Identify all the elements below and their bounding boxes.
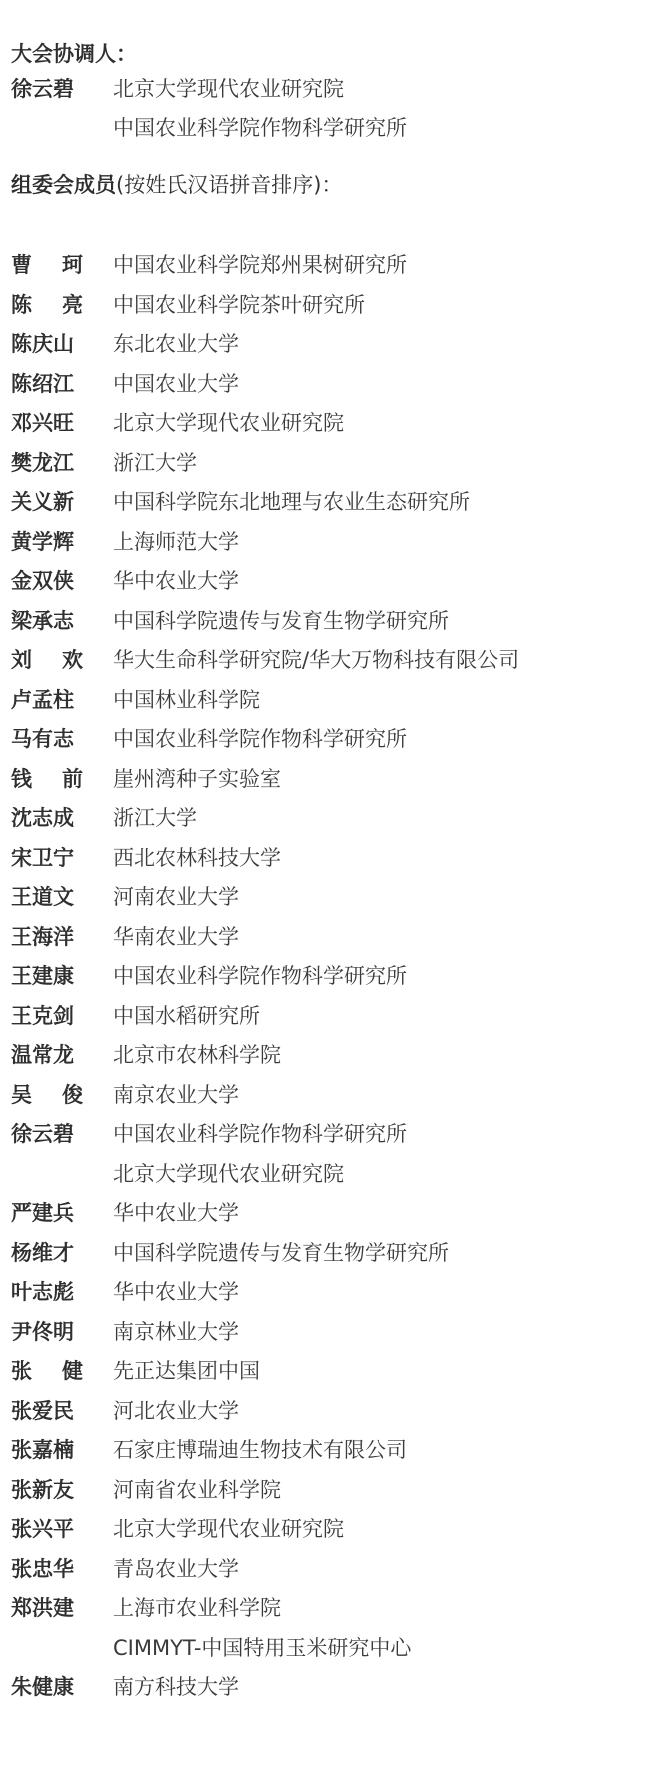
member-name: 张兴平 [11,1515,83,1543]
member-affiliation: 南京农业大学 [113,1081,239,1109]
member-name: 金双侠 [11,567,83,595]
member-name: 陈庆山 [11,330,83,358]
member-affiliation: 北京大学现代农业研究院 [113,75,344,103]
member-affiliation: 河北农业大学 [113,1397,239,1425]
member-name: 王建康 [11,962,83,990]
member-name: 樊龙江 [11,449,83,477]
member-affiliation: 崖州湾种子实验室 [113,765,281,793]
committee-heading-title: 组委会成员 [11,173,116,197]
member-affiliation: CIMMYT-中国特用玉米研究中心 [113,1634,411,1662]
member-affiliation: 华中农业大学 [113,1199,239,1227]
member-affiliation: 华大生命科学研究院/华大万物科技有限公司 [113,646,519,674]
member-name: 严建兵 [11,1199,83,1227]
member-affiliation: 华中农业大学 [113,567,239,595]
member-affiliation: 中国科学院遗传与发育生物学研究所 [113,607,449,635]
member-name: 王克剑 [11,1002,83,1030]
member-name: 陈亮 [11,291,83,319]
member-affiliation: 河南省农业科学院 [113,1476,281,1504]
member-affiliation: 中国水稻研究所 [113,1002,260,1030]
member-name: 吴俊 [11,1081,83,1109]
member-name: 黄学辉 [11,528,83,556]
member-affiliation: 北京大学现代农业研究院 [113,409,344,437]
member-name: 朱健康 [11,1673,83,1701]
member-name: 梁承志 [11,607,83,635]
member-affiliation: 中国农业科学院作物科学研究所 [113,725,407,753]
member-affiliation: 中国农业科学院作物科学研究所 [113,1120,407,1148]
member-affiliation: 华中农业大学 [113,1278,239,1306]
member-name: 徐云碧 [11,75,83,103]
committee-heading-note: (按姓氏汉语拼音排序)： [116,173,342,197]
member-affiliation: 南方科技大学 [113,1673,239,1701]
member-name: 杨维才 [11,1239,83,1267]
member-affiliation: 中国科学院东北地理与农业生态研究所 [113,488,470,516]
member-affiliation: 石家庄博瑞迪生物技术有限公司 [113,1436,407,1464]
member-name: 尹佟明 [11,1318,83,1346]
member-name: 郑洪建 [11,1594,83,1622]
member-name: 钱前 [11,765,83,793]
member-affiliation: 先正达集团中国 [113,1357,260,1385]
member-affiliation: 中国农业科学院作物科学研究所 [113,114,407,142]
member-name: 曹珂 [11,251,83,279]
member-affiliation: 中国农业科学院作物科学研究所 [113,962,407,990]
member-name: 王道文 [11,883,83,911]
member-name: 徐云碧 [11,1120,83,1148]
member-name: 张嘉楠 [11,1436,83,1464]
member-affiliation: 浙江大学 [113,804,197,832]
member-name: 温常龙 [11,1041,83,1069]
committee-heading: 组委会成员(按姓氏汉语拼音排序)： [11,171,342,199]
member-affiliation: 北京大学现代农业研究院 [113,1515,344,1543]
member-name: 陈绍江 [11,370,83,398]
member-name: 张健 [11,1357,83,1385]
member-affiliation: 中国农业科学院茶叶研究所 [113,291,365,319]
coordinator-heading: 大会协调人： [11,40,137,68]
member-name: 叶志彪 [11,1278,83,1306]
member-affiliation: 河南农业大学 [113,883,239,911]
member-affiliation: 东北农业大学 [113,330,239,358]
member-affiliation: 西北农林科技大学 [113,844,281,872]
member-name: 刘欢 [11,646,83,674]
member-affiliation: 北京市农林科学院 [113,1041,281,1069]
member-affiliation: 南京林业大学 [113,1318,239,1346]
member-affiliation: 浙江大学 [113,449,197,477]
member-name: 邓兴旺 [11,409,83,437]
member-name: 张新友 [11,1476,83,1504]
member-affiliation: 中国农业科学院郑州果树研究所 [113,251,407,279]
member-name: 关义新 [11,488,83,516]
member-name: 马有志 [11,725,83,753]
member-affiliation: 上海师范大学 [113,528,239,556]
member-affiliation: 北京大学现代农业研究院 [113,1160,344,1188]
member-affiliation: 中国科学院遗传与发育生物学研究所 [113,1239,449,1267]
member-name: 宋卫宁 [11,844,83,872]
member-name: 沈志成 [11,804,83,832]
member-name: 卢孟柱 [11,686,83,714]
member-affiliation: 上海市农业科学院 [113,1594,281,1622]
member-affiliation: 中国农业大学 [113,370,239,398]
member-affiliation: 中国林业科学院 [113,686,260,714]
member-name: 张爱民 [11,1397,83,1425]
member-affiliation: 华南农业大学 [113,923,239,951]
member-affiliation: 青岛农业大学 [113,1555,239,1583]
member-name: 张忠华 [11,1555,83,1583]
member-name: 王海洋 [11,923,83,951]
